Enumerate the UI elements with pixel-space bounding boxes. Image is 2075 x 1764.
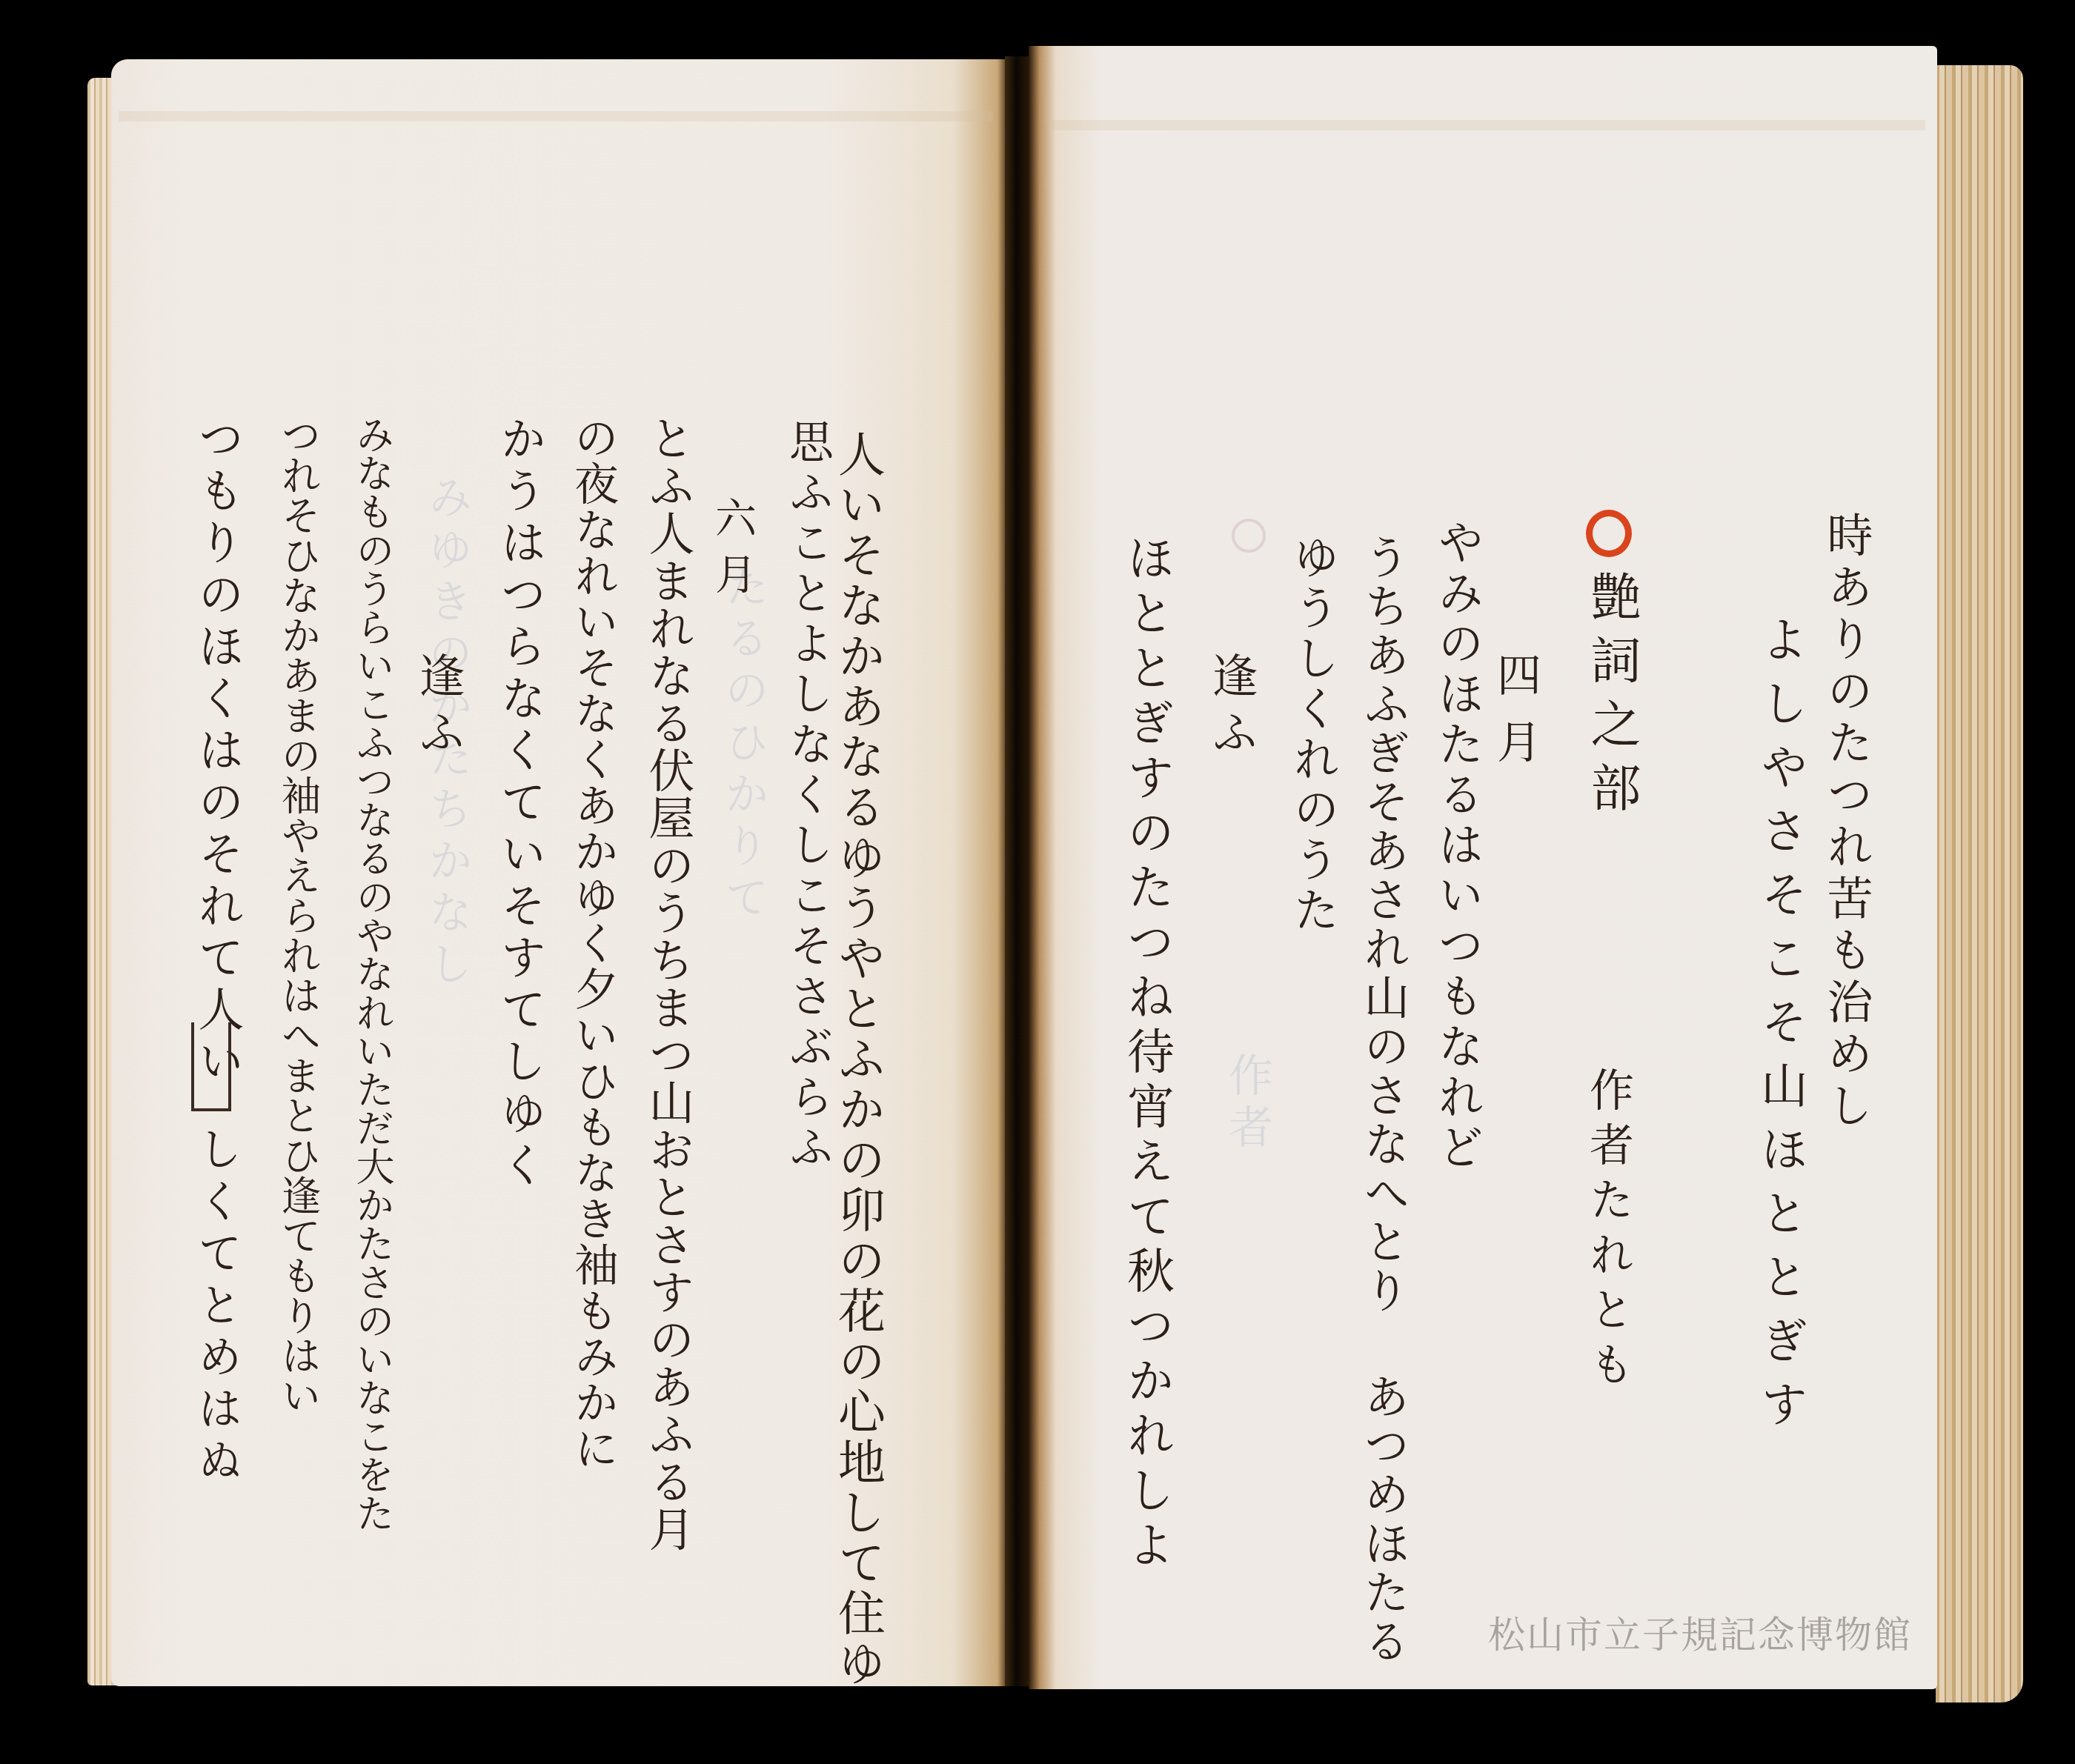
text-column: やみのほたるはいつもなれど: [1434, 519, 1480, 1174]
text-column: ほととぎすのたつね待宵えて秋つかれしよ: [1123, 533, 1170, 1575]
page-top-band: [119, 111, 993, 122]
text-column: かうはつらなくていそすてしゆく: [497, 415, 542, 1193]
section-heading: 艶詞之部: [1586, 570, 1636, 825]
show-through-circle: [1232, 519, 1266, 553]
text-column: しくてとめはぬ: [194, 1126, 239, 1489]
museum-watermark: 松山市立子規記念博物館: [1488, 1605, 1912, 1659]
text-column: みなものうらいこふつなるのやなれいただ大かたさのいなこをた: [352, 415, 391, 1532]
blank-bracket: [191, 1022, 231, 1111]
text-column: とふ人まれなる伏屋のうちまつ山おとさすのあふる月: [645, 415, 691, 1553]
text-column: よしやさそこそ山ほととぎす: [1756, 615, 1804, 1443]
text-column: うちあふぎそあされ山のさなへとり あつめほたる: [1360, 533, 1406, 1666]
red-circle-mark: [1586, 510, 1632, 557]
page-top-band: [1051, 120, 1925, 130]
text-column: 逢ふ: [1208, 652, 1254, 765]
book-gutter: [1005, 56, 1030, 1686]
text-column: ゆうしくれのうた: [1289, 533, 1335, 936]
text-column: つれそひなかあまの袖やえられはへまとひ逢てもりはい: [278, 415, 318, 1415]
text-column: 人いそなかあなるゆうやとふかの卯の花の心地して住ゆ: [834, 430, 881, 1689]
show-through-text: 作者: [1215, 1052, 1279, 1156]
text-column: 時ありのたつれ苦も治めし: [1823, 511, 1869, 1134]
show-through-text: たるのひかりて: [711, 563, 775, 926]
manuscript-book: みゆきのかたちかなし たるのひかりて 作者 時ありのたつれ苦も治めし よしやさそ…: [0, 0, 2075, 1764]
text-column: 思ふことよしなくしこそさぶらふ: [786, 419, 830, 1174]
right-page-edges: [1936, 65, 2023, 1703]
month-label: 六月: [711, 496, 753, 609]
text-column: 逢ふ: [415, 652, 461, 765]
author-line: 作者たれとも: [1586, 1067, 1630, 1396]
text-column: つもりのほくはのそれて人い: [194, 415, 240, 1089]
text-column: の夜なれいそなくあかゆく夕いひもなき袖もみかに: [571, 415, 615, 1471]
month-label: 四月: [1493, 652, 1538, 785]
